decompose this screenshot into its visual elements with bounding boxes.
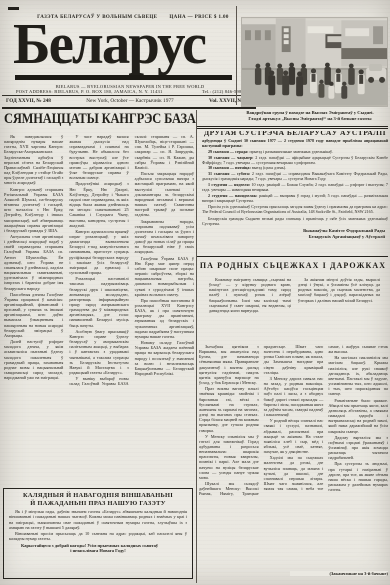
paragraph: Галоўная Ўправа БАЗА ў Ню Ёрку мае цяпер… — [135, 256, 194, 297]
australia-closing-note: Беларускія грамады Сыднею вельмі рады сп… — [202, 217, 388, 227]
australia-signoff: Выканаўчы Камітэт Фэдэральнай Рады Белар… — [202, 228, 388, 239]
paragraph: У часе нарадаў вялася жывая дыскусія над… — [69, 134, 128, 180]
photo-caption-line2: Глядзі артыкул „Выспы Эмігрантаў“ на 3-й… — [232, 116, 388, 122]
paragraph: Новаму складу Галоўнай Управы БАЗА жадае… — [135, 340, 194, 376]
paragraph: Дадому вярталіся мы з поўнымі сэрцамі ўр… — [328, 435, 388, 461]
masthead-info: BIELARUS — BYELORUSSIAN NEWSPAPER IN THE… — [6, 84, 254, 95]
australia-signoff-line2: Беларускіх Арганізацыяў у Аўстраліі — [202, 234, 385, 239]
masthead-telephone: Tel.: (212) 846-5980 — [202, 89, 244, 94]
masthead-post-address: POST ADDRESS: BIELARUS, P. O. BOX 180, J… — [16, 89, 162, 94]
box-heading-line2: Й ПАЖАДАНЬНІ ПРАЗ НАШУЮ ГАЗЭТУ — [9, 500, 187, 508]
australia-article-headline: ДРУГАЯ СУСТРЭЧА БЕЛАРУСАЎ АЎСТРАЛІІ — [202, 131, 388, 136]
column-divider-rule — [196, 110, 197, 583]
dateline-issue-date: New York, October — Кастрычнік 1977 — [86, 98, 173, 104]
australia-meeting-article: ДРУГАЯ СУСТРЭЧА БЕЛАРУСАЎ АЎСТРАЛІІ адбу… — [202, 131, 388, 255]
schedule-item-date: 29 сьнежня — серада: — [208, 149, 249, 154]
dateline-volume-left: ГОД XXVII, № 248 — [6, 98, 51, 104]
greetings-announcement-box: КАЛЯДНЫЯ Й НАВАГОДНІЯ ВІНШАВАНЬНІ Й ПАЖА… — [3, 488, 193, 579]
print-registration-mark — [8, 7, 19, 10]
lead-article-headline: СЯМНАЦЦАТЫ КАНГРЭС БАЗА — [4, 111, 196, 128]
logotype-underline-bar — [15, 75, 232, 80]
paragraph: Рэзалюцыі пастанавілі таксама падтрымлів… — [69, 276, 128, 328]
paragraph: Як паведамлялася ў папярэднім нумары наш… — [4, 134, 63, 186]
paragraph: У Менску спыніліся мы ў гатэлі для замеж… — [199, 434, 259, 480]
box-cta-line2: і шчасьлівага Новага Году! — [9, 548, 187, 553]
masthead-photo-divider-rule — [236, 6, 237, 105]
paragraph: Праз вокны вагону плылі знаёмыя краявіды… — [199, 386, 259, 432]
street-photo — [242, 18, 387, 106]
rule-below-australia-article — [197, 256, 388, 257]
rule-below-dateline — [2, 107, 256, 109]
newspaper-front-page: ГАЗЭТА БЕЛАРУСАЎ У ВОЛЬНЫМ СЬВЕЦЕ ЦАНА —… — [0, 0, 390, 585]
paragraph: Далей наступіў рэфэрат маладога дзеяча, … — [4, 339, 63, 380]
paragraph: Асобную ўвагу прысьвяціў Кангрэс справе … — [69, 329, 128, 375]
schedule-item: 30 сьнежня — чацьвер: 2 гадз. папаўдні —… — [202, 156, 388, 166]
travel-article-headline: ПА РОДНЫХ СЬЦЕЖКАХ І ДАРОЖКАХ — [198, 261, 388, 270]
schedule-item: 1 студзеня — нядзеля: 10 гадз. раніцай —… — [202, 183, 388, 193]
box-heading-line1: КАЛЯДНЫЯ Й НАВАГОДНІЯ ВІНШАВАНЬНІ — [9, 492, 187, 500]
paragraph: Кангрэс аднагалосна прыняў шэраг рэзалюц… — [69, 229, 128, 275]
australia-article-intro: адбудзецца ў Сыднеі 30 сьнежня 1977 — 2 … — [202, 139, 388, 149]
continued-on-page-note: (Заканчэньне на 3-й бачыне) — [290, 571, 388, 576]
masthead-info-address-row: POST ADDRESS: BIELARUS, P. O. BOX 180, J… — [6, 89, 254, 94]
paragraph: Закрываючы нарады, старшыня падзякаваў у… — [135, 219, 194, 255]
paragraph: З Менску дарога павяла нас на захад, у р… — [264, 376, 324, 417]
paragraph: Кангрэс адчыніў старшыня Рэгіянальнай Уп… — [4, 187, 63, 233]
australia-contact-address: Просім усіх удзельнікаў Сустрэчы прысыла… — [202, 205, 388, 215]
dateline-row: ГОД XXVII, № 248 New York, October — Кас… — [2, 96, 256, 106]
paragraph: Пра сустрэчы зь людзьмі, пра гутаркі і н… — [328, 461, 388, 492]
paragraph: На могілках пакланіліся мы магілам бацьк… — [328, 355, 388, 396]
paragraph: Прадстаўнікі асяродкаў з Ню Ёрку, Ню Джэ… — [69, 181, 128, 227]
photo-caption-line1: Вандроўная група ў паходзе на Выспах Эмі… — [232, 110, 388, 116]
lead-article-body: Як паведамлялася ў папярэднім нумары наш… — [4, 134, 194, 485]
australia-program-schedule: 29 сьнежня — серада: прыезд і разьмяшчэн… — [202, 150, 388, 204]
box-heading: КАЛЯДНЫЯ Й НАВАГОДНІЯ ВІНШАВАНЬНІ Й ПАЖА… — [9, 492, 187, 507]
paragraph: Зьехаўшы цягніком з Варшавы, мы апынуліс… — [199, 344, 259, 385]
paragraph: Пасьля закрыцьця нарадаў адбылася суполь… — [135, 171, 194, 217]
street-photo-graphic — [242, 18, 387, 106]
schedule-item-text: выезд (цэлы дзень). — [252, 165, 286, 170]
travel-article-body-columns: Зьехаўшы цягніком з Варшавы, мы апынуліс… — [199, 344, 388, 578]
schedule-item-date: 30 сьнежня — пятніца: — [208, 165, 252, 170]
box-body: Як і ў мінулыя гады, даўнім звычаем газэ… — [9, 509, 187, 541]
paragraph: Як і ў мінулыя гады, даўнім звычаем газэ… — [9, 509, 187, 530]
newspaper-logotype: Беларус — [13, 14, 233, 75]
schedule-item: 31 сьнежня — субота: 2 гадз. папаўдні — … — [202, 172, 388, 182]
double-rule-below-caption — [197, 126, 388, 129]
paragraph: За акіянам мінулі доўгія гады, выраслі д… — [298, 277, 380, 303]
schedule-item-text: прыезд і разьмяшчэньне замежных удзельні… — [249, 149, 332, 154]
paragraph: Пра паасобныя пастановы й рэзалюцыі XVII… — [135, 298, 194, 339]
paragraph: Кожнаму эмігранту сьняцца „сьцежкі на ўс… — [209, 277, 291, 313]
travel-article-intro-columns: Кожнаму эмігранту сьняцца „сьцежкі на ўс… — [209, 277, 380, 341]
paragraph: Віншаваньні просім прысылаць да 10 сьнеж… — [9, 531, 187, 541]
paragraph: Актуальны стан арганізацыі і дзейнасьці … — [4, 234, 63, 291]
photo-caption: Вандроўная група ў паходзе на Выспах Эмі… — [232, 110, 388, 121]
paragraph: Разьвітаньне было цяжкое. Абяцалі мы пры… — [328, 398, 388, 434]
schedule-item: 2 студзеня — панядзелак: раніцай — выпра… — [202, 194, 388, 204]
paragraph: У роднай вёсцы спаткалі нас сваякі і сус… — [264, 418, 324, 454]
paragraph: Паасобныя дзеячы Галоўнае Ўправы працава… — [4, 292, 63, 338]
